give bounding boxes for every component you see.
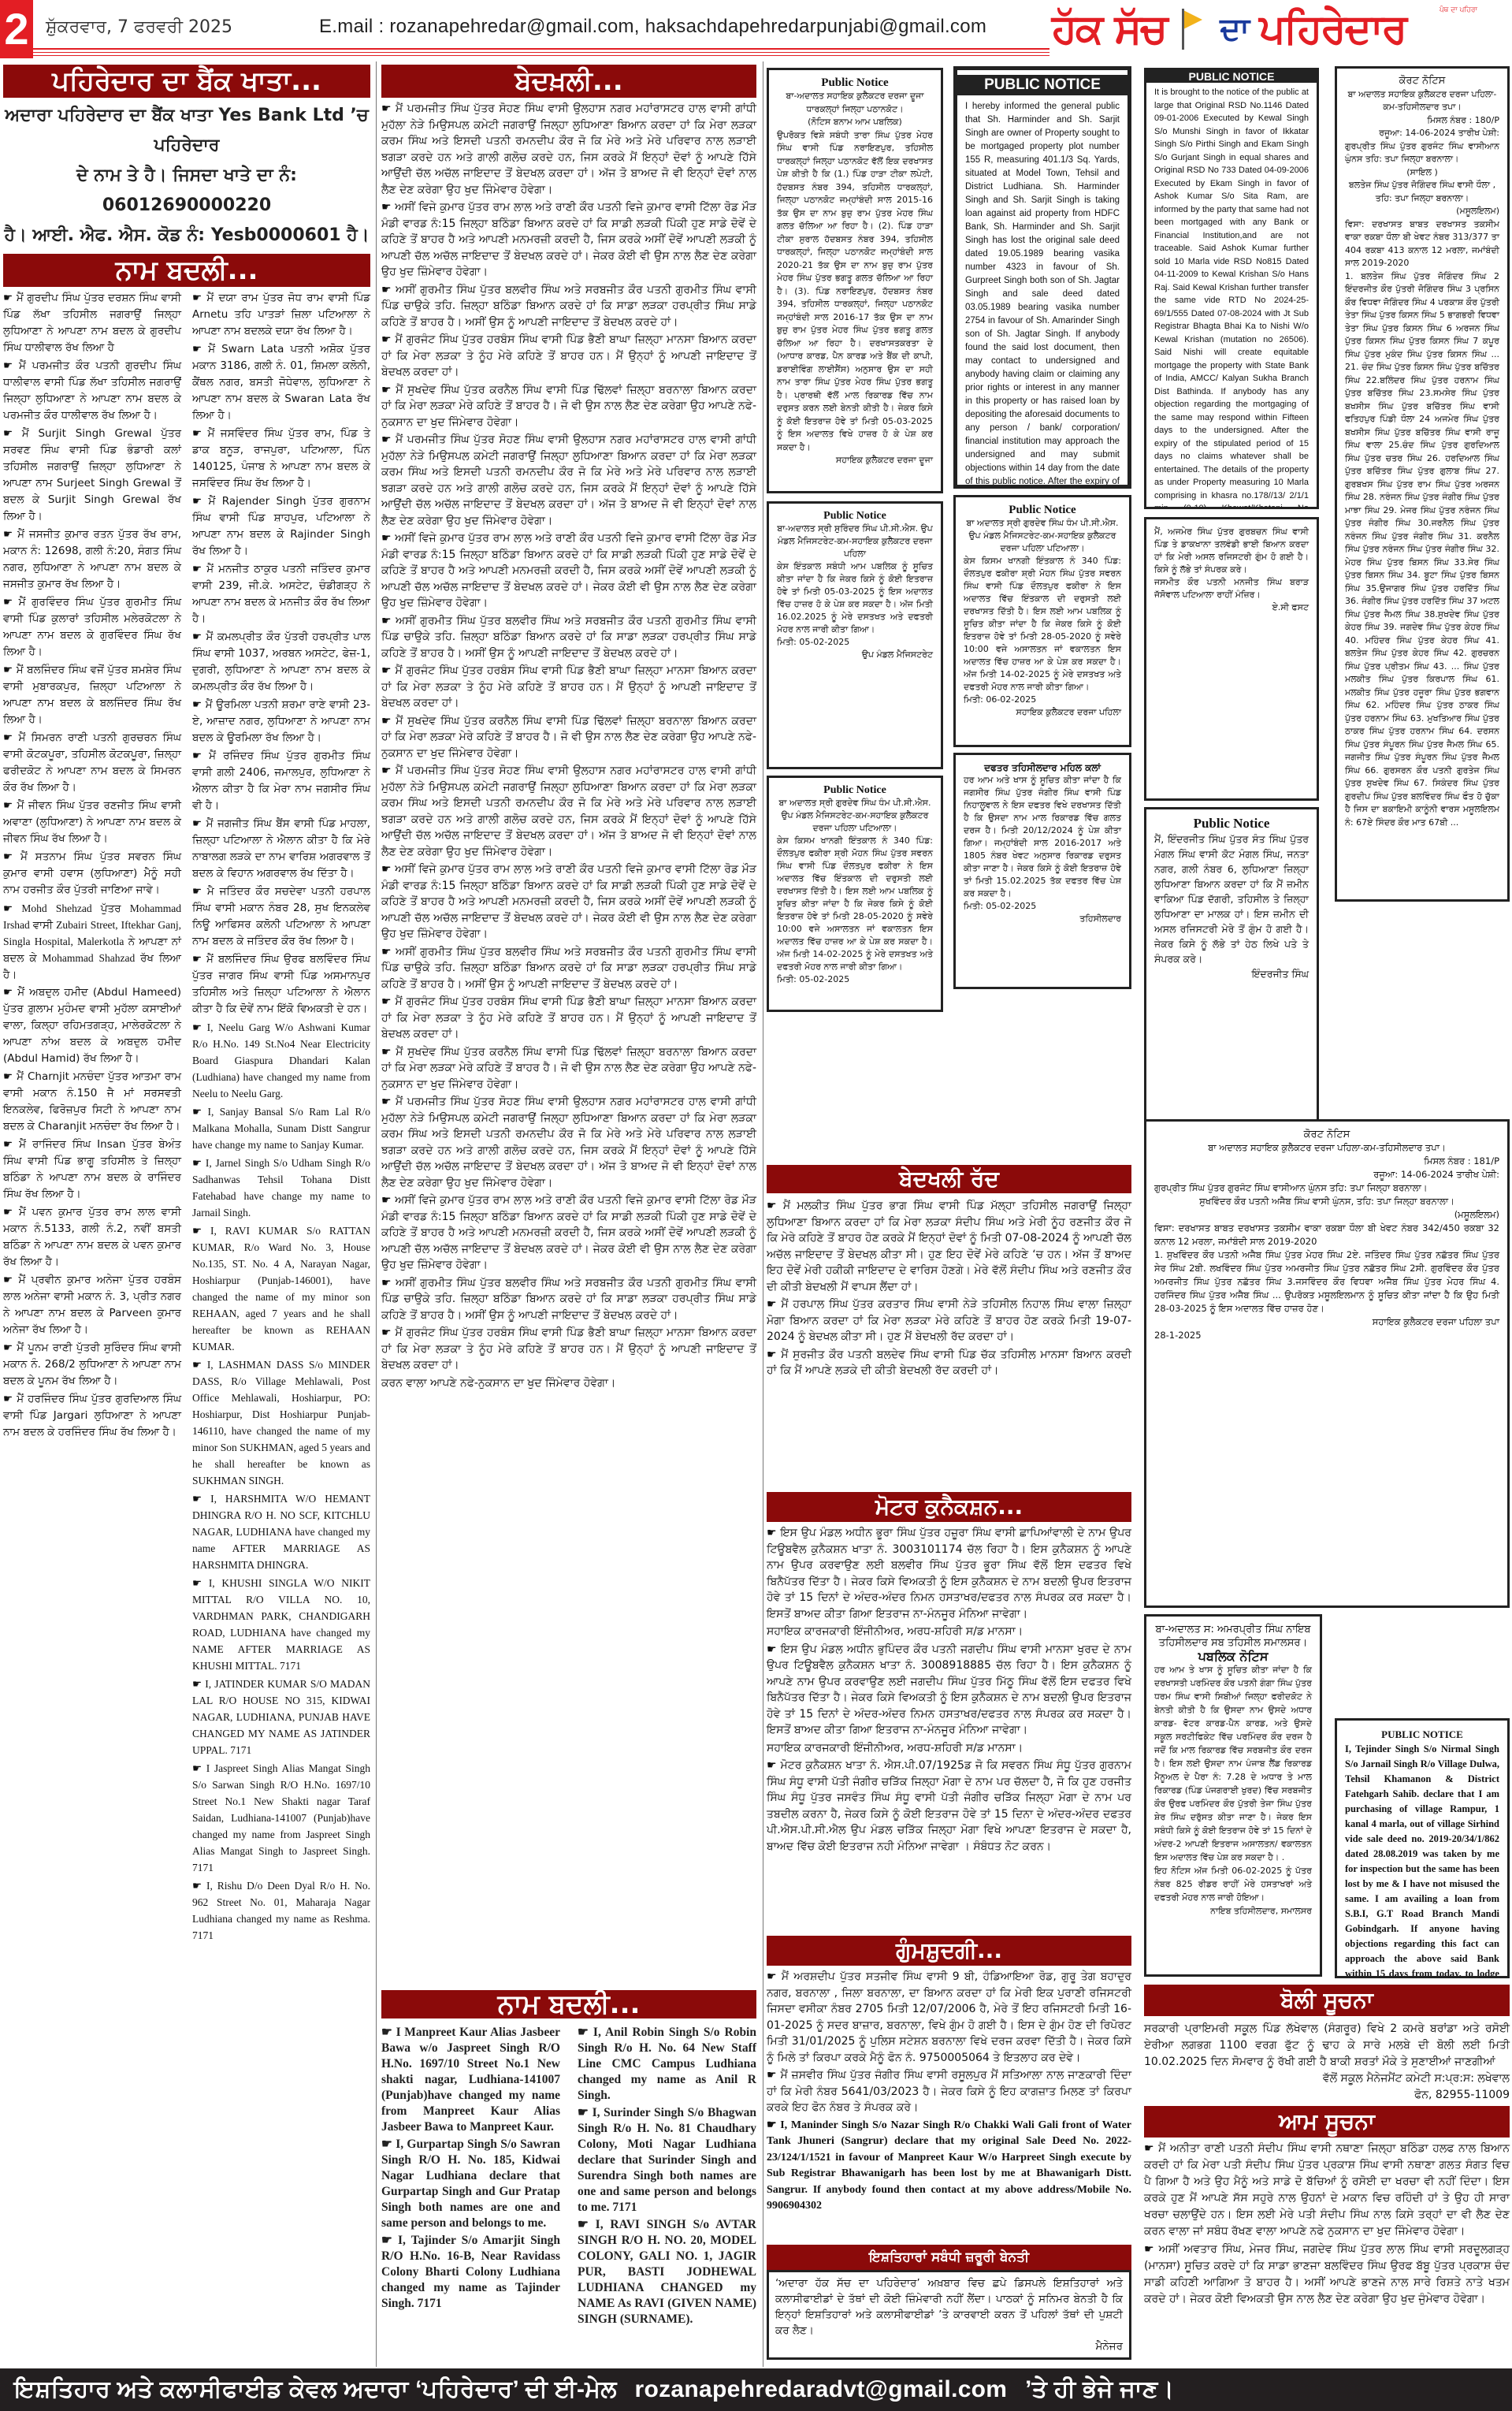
list-item: I, Rishu D/o Deen Dyal R/o H. No. 962 St… (192, 1877, 370, 1944)
notice-body: I, Tejinder Singh S/o Nirmal Singh S/o J… (1345, 1742, 1499, 1978)
notice-court: ਬਾ-ਅਦਾਲਤ ਸ੍ਰੀ ਸੁਰਿੰਦਰ ਸਿੰਘ ਪੀ.ਸੀ.ਐਸ. ਉਪ … (777, 523, 933, 560)
list-item: ਮੈਂ ਬਲਜਿੰਦਰ ਸਿੰਘ ਵਜੋਂ ਪੁੱਤਰ ਸ਼ਮਸ਼ੇਰ ਸਿੰਘ… (3, 662, 181, 728)
bank-account-info: ਅਦਾਰਾ ਪਹਿਰੇਦਾਰ ਦਾ ਬੈਂਕ ਖਾਤਾ Yes Bank Ltd… (3, 98, 370, 254)
auction-phone: ਫੋਨ, 82955-11009 (1144, 2087, 1510, 2104)
disclaimer-heading: ਇਸ਼ਤਿਹਾਰਾਂ ਸਬੰਧੀ ਜ਼ਰੂਰੀ ਬੇਨਤੀ (767, 2245, 1131, 2270)
header-rule (33, 46, 1049, 58)
list-item: ਮੈਂ ਰਜਿੰਦਰ ਸਿੰਘ ਪੁੱਤਰ ਗੁਰਮੀਤ ਸਿੰਘ ਵਾਸੀ ਗ… (192, 748, 370, 814)
notice-signature: ਉਪ ਮੰਡਲ ਮੈਜਿਸਟਰੇਟ (777, 649, 933, 661)
notice-respondent: ਸੁਖਵਿੰਦਰ ਕੌਰ ਪਤਨੀ ਅਜੈਬ ਸਿੰਘ ਵਾਸੀ ਘੁੰਨਸ, … (1154, 1195, 1499, 1208)
list-item: ਮੈਂ ਅਰਸ਼ਦੀਪ ਪੁੱਤਰ ਸਤਜੀਵ ਸਿੰਘ ਵਾਸੀ 9 ਬੀ, … (767, 1969, 1131, 2066)
notice-title: Public Notice (777, 784, 933, 797)
list-item: ਮੈਂ ਸੁਖਦੇਵ ਸਿੰਘ ਪੁੱਤਰ ਕਰਨੈਲ ਸਿੰਘ ਵਾਸੀ ਪਿ… (381, 713, 756, 762)
notice-role: (ਮਸੂਲਇਲਮ) (1154, 1208, 1499, 1222)
general-notice-section: ਆਮ ਸੂਚਨਾ ਮੈਂ ਅਨੀਤਾ ਰਾਣੀ ਪਤਨੀ ਸੰਦੀਪ ਸਿੰਘ … (1144, 2106, 1510, 2309)
notice-applicant: ਗੁਰਪ੍ਰੀਤ ਸਿੰਘ ਪੁੱਤਰ ਗੁਰਜੰਟ ਸਿੰਘ ਵਾਸੀਆਨ ਘ… (1345, 140, 1499, 166)
notice-party-list: 1. ਸੁਖਵਿੰਦਰ ਕੌਰ ਪਤਨੀ ਅਜੈਬ ਸਿੰਘ ਪੁੱਤਰ ਮੇਹ… (1154, 1248, 1499, 1315)
notice-subject: ਵਿਸਾ: ਦਰਖਾਸਤ ਬਾਬਤ ਦਰਖਾਸਤ ਤਕਸੀਮ ਵਾਕਾ ਰਕਬਾ… (1154, 1222, 1499, 1248)
list-item: ਮੋਟਰ ਕੁਨੈਕਸ਼ਨ ਖਾਤਾ ਨੰ. ਐਸ.ਪੀ.07/1925ਡ ਜੋ… (767, 1758, 1131, 1855)
list-item: ਮੈ ਜਤਿੰਦਰ ਕੌਰ ਸਚਦੇਵਾ ਪਤਨੀ ਹਰਪਾਲ ਸਿੰਘ ਵਾਸ… (192, 884, 370, 950)
notice-body: ਕੇਸ ਕਿਸਮ ਖਾਨਗੀ ਇੰਤਕਾਲ ਨੰ 340 ਪਿੰਡ: ਦੌਲਤਪ… (964, 555, 1121, 694)
page-number: 2 (0, 0, 33, 58)
public-notice-4: Public Notice ਬਾ-ਅਦਾਲਤ ਸ੍ਰੀ ਸੁਰਿੰਦਰ ਸਿੰਘ… (767, 501, 943, 769)
list-item: I, RAVI KUMAR S/o RATTAN KUMAR, R/o Ward… (192, 1222, 370, 1355)
list-item: ਮੈਂ ਸੁਖਦੇਵ ਸਿੰਘ ਪੁੱਤਰ ਕਰਨੈਲ ਸਿੰਘ ਵਾਸੀ ਪਿ… (381, 1044, 756, 1093)
notice-title: ਪਬਲਿਕ ਨੋਟਿਸ (1154, 1650, 1312, 1663)
auction-signature: ਵੱਲੋਂ ਸਕੂਲ ਮੈਨੇਜਮੈਂਟ ਕਮੇਟੀ ਸ:ਪ੍ਰ:ਸ: ਲਖੇਵ… (1144, 2071, 1510, 2087)
notice-title: Public Notice (777, 76, 933, 90)
notice-body: ਹਰ ਆਮ ਅਤੇ ਖਾਸ ਨੂੰ ਸੂਚਿਤ ਕੀਤਾ ਜਾਂਦਾ ਹੈ ਕਿ… (964, 774, 1121, 900)
notice-issue: ਇਹ ਨੋਟਿਸ ਅੱਜ ਮਿਤੀ 06-02-2025 ਨੂੰ ਪੱਤਰ ਨੰ… (1154, 1864, 1312, 1904)
list-item: ਇਸ ਉਪ ਮੰਡਲ ਅਧੀਨ ਭੁਪਿੰਦਰ ਕੌਰ ਪਤਨੀ ਜਗਦੀਪ ਸ… (767, 1642, 1131, 1739)
list-item: ਮੈਂ ਬਲਜਿੰਦਰ ਸਿੰਘ ਉਰਫ ਬਲਵਿੰਦਰ ਸਿੰਘ ਪੁੱਤਰ … (192, 951, 370, 1018)
english-name-change-right: I, Anil Robin Singh S/o Robin Singh R/o … (578, 2025, 756, 2329)
column-divider (376, 61, 377, 2367)
public-notice-indrajit: Public Notice ਮੈਂ, ਇੰਦਰਜੀਤ ਸਿੰਘ ਪੁੱਤਰ ਸੰ… (1144, 807, 1319, 1138)
list-item: ਮੈਂ ਪਰਮਜੀਤ ਸਿੰਘ ਪੁੱਤਰ ਸੋਹਣ ਸਿੰਘ ਵਾਸੀ ਉਲਹ… (381, 432, 756, 529)
notice-signature: ਏ.ਸੀ ਫਸਟ (1154, 601, 1309, 614)
notice-dates: ਰਜੂਆ: 14-06-2024 ਤਾਰੀਖ ਪੇਸ਼ੀ: (1154, 1168, 1499, 1181)
list-item: ਮੈਂ ਹਰਜਿੰਦਰ ਸਿੰਘ ਪੁੱਤਰ ਗੁਰਦਿਆਲ ਸਿੰਘ ਵਾਸੀ… (3, 1391, 181, 1441)
missing-section: ਗੁੰਮਸ਼ੁਦਗੀ... ਮੈਂ ਅਰਸ਼ਦੀਪ ਪੁੱਤਰ ਸਤਜੀਵ ਸਿ… (767, 1936, 1131, 2216)
list-item: ਮੈਂ ਅਨੀਤਾ ਰਾਣੀ ਪਤਨੀ ਸੰਦੀਪ ਸਿੰਘ ਵਾਸੀ ਨਥਾਣ… (1144, 2141, 1510, 2240)
notice-subtitle: (ਨੋਟਿਸ ਬਨਾਮ ਆਮ ਪਬਲਿਕ) (777, 116, 933, 129)
notice-role: (ਸਾਇਲ ) (1345, 166, 1499, 180)
signature: ਸਹਾਇਕ ਕਾਰਜਕਾਰੀ ਇੰਜੀਨੀਅਰ, ਅਰਧ-ਸ਼ਹਿਰੀ ਸ/ਡ … (767, 1740, 1131, 1757)
court-notice-tapa-2: ਕੋਰਟ ਨੋਟਿਸ ਬਾ ਅਦਾਲਤ ਸਹਾਇਕ ਕੁਲੈਕਟਰ ਦਰਜਾ ਪ… (1144, 1119, 1510, 1608)
notice-case-no: ਮਿਸਲ ਨੰਬਰ : 181/P (1154, 1155, 1499, 1168)
list-item: ਮੈਂ Charnjit ਮਨਚੰਦਾ ਪੁੱਤਰ ਆਤਮਾ ਰਾਮ ਵਾਸੀ … (3, 1069, 181, 1135)
list-item: I, Neelu Garg W/o Ashwani Kumar R/o H.No… (192, 1019, 370, 1102)
notice-body: ਉਪਰੋਕਤ ਵਿਸ਼ੇ ਸਬੰਧੀ ਤਾਰਾ ਸਿੰਘ ਪੁੱਤਰ ਮੇਹਰ … (777, 129, 933, 455)
notice-title: PUBLIC NOTICE (957, 70, 1127, 95)
list-item: I Jaspreet Singh Alias Mangat Singh S/o … (192, 1760, 370, 1876)
list-item: ਮੈਂ ਪਵਨ ਕੁਮਾਰ ਪੁੱਤਰ ਰਾਮ ਲਾਲ ਵਾਸੀ ਮਕਾਨ ਨੰ… (3, 1204, 181, 1271)
list-item: ਮੈਂ ਕਮਲਪ੍ਰੀਤ ਕੌਰ ਪੁੱਤਰੀ ਹਰਪ੍ਰੀਤ ਪਾਲ ਸਿੰਘ… (192, 629, 370, 695)
public-notice-5: Public Notice ਬਾ ਅਦਾਲਤ ਸ੍ਰੀ ਗੁਰਦੇਵ ਸਿੰਘ … (767, 776, 943, 1012)
notice-applicant: ਗੁਰਪ੍ਰੀਤ ਸਿੰਘ ਪੁੱਤਰ ਗੁਰਜੰਟ ਸਿੰਘ ਵਾਸੀਆਨ ਘ… (1154, 1181, 1499, 1195)
notice-party-list: 1. ਬਲਤੇਜ ਸਿੰਘ ਪੁੱਤਰ ਜੋਗਿੰਦਰ ਸਿੰਘ 2 ਇੰਦਰਜ… (1345, 270, 1499, 830)
general-notice-heading: ਆਮ ਸੂਚਨਾ (1144, 2106, 1510, 2138)
list-item: ਮੈਂ ਸਤਨਾਮ ਸਿੰਘ ਪੁੱਤਰ ਸਵਰਨ ਸਿੰਘ ਕੁਮਾਰ ਵਾਸ… (3, 849, 181, 899)
list-item: ਮੈਂ ਜਗਜੀਤ ਸਿੰਘ ਬੈਂਸ ਵਾਸੀ ਪਿੰਡ ਮਾਹਲਾ, ਜ਼ਿ… (192, 816, 370, 882)
contact-email[interactable]: E.mail : rozanapehredar@gmail.com, haksa… (319, 16, 986, 38)
list-item: ਅਸੀਂ ਗੁਰਮੀਤ ਸਿੰਘ ਪੁੱਤਰ ਬਲਵੀਰ ਸਿੰਘ ਅਤੇ ਸਰ… (381, 1275, 756, 1324)
list-item: I, KHUSHI SINGLA W/O NIKIT MITTAL R/O VI… (192, 1575, 370, 1674)
list-item: ਮੈਂ ਪਰਮਜੀਤ ਸਿੰਘ ਪੁੱਤਰ ਸੋਹਣ ਸਿੰਘ ਵਾਸੀ ਉਲਹ… (381, 101, 756, 198)
nishan-flag-icon (1177, 7, 1209, 51)
list-item: I Manpreet Kaur Alias Jasbeer Bawa w/o J… (381, 2025, 560, 2135)
public-notice-hdfc: PUBLIC NOTICE I hereby informed the gene… (953, 66, 1131, 489)
notice-court: ਬਾ ਅਦਾਲਤ ਸਹਾਇਕ ਕੁਲੈਕਟਰ ਦਰਜਾ ਪਹਿਲਾ-ਕਮ-ਤਹਿ… (1154, 1141, 1499, 1155)
list-item: ਮੈਂ ਗੁਰਜੰਟ ਸਿੰਘ ਪੁੱਤਰ ਹਰਬੰਸ ਸਿੰਘ ਵਾਸੀ ਪਿ… (381, 663, 756, 712)
revenue-notice: ਦਫਤਰ ਤਹਿਸੀਲਦਾਰ ਮਹਿਲ ਕਲਾਂ ਹਰ ਆਮ ਅਤੇ ਖਾਸ ਨ… (953, 753, 1131, 989)
english-name-change-heading: ਨਾਮ ਬਦਲੀ... (381, 1990, 756, 2018)
notice-body: ਕੇਸ ਕਿਸਮ ਖਾਨਗੀ ਇੰਤਕਾਲ ਨੰ 340 ਪਿੰਡ: ਦੌਲਤਪ… (777, 835, 933, 973)
notice-title: PUBLIC NOTICE (1345, 1727, 1499, 1742)
logo-text-2: ਦਾ (1220, 11, 1248, 47)
motor-connection-heading: ਮੋਟਰ ਕੁਨੈਕਸ਼ਨ... (767, 1492, 1131, 1522)
public-notice-patiala: Public Notice ਬਾ ਅਦਾਲਤ ਸ੍ਰੀ ਗੁਰਦੇਵ ਸਿੰਘ … (953, 495, 1131, 747)
list-item: ਮੈਂ Swarn Lata ਪਤਨੀ ਅਸ਼ੋਕ ਪੁੱਤਰ ਮਕਾਨ 318… (192, 341, 370, 424)
list-item: ਮੈਂ ਜਸਜੀਤ ਕੁਮਾਰ ਰਤਨ ਪੁੱਤਰ ਰੱਖ ਰਾਮ, ਮਕਾਨ … (3, 526, 181, 593)
list-item: ਮੈਂ ਪੂਨਮ ਰਾਣੀ ਪੁੱਤਰੀ ਸੁਰਿੰਦਰ ਸਿੰਘ ਵਾਸੀ ਮ… (3, 1340, 181, 1390)
motor-connection-section: ਮੋਟਰ ਕੁਨੈਕਸ਼ਨ... ਇਸ ਉਪ ਮੰਡਲ ਅਧੀਨ ਭੂਰਾ ਸਿ… (767, 1492, 1131, 1856)
notice-body: It is brought to the notice of the publi… (1154, 86, 1309, 509)
notice-signature: ਨਾਇਬ ਤਹਿਸੀਲਦਾਰ, ਸਮਾਲਸਰ (1154, 1904, 1312, 1918)
bank-line: ਹੈ। ਆਈ. ਐਫ. ਐਸ. ਕੋਡ ਨੰ: Yesb0000601 ਹੈ। (3, 221, 370, 251)
notice-signature: ਸਹਾਇਕ ਕੁਲੈਕਟਰ ਦਰਜਾ ਪਹਿਲਾ (964, 706, 1121, 719)
notice-signature: ਤਹਿਸੀਲਦਾਰ (964, 913, 1121, 925)
bank-line: ਦੇ ਨਾਮ ਤੇ ਹੈ। ਜਿਸਦਾ ਖਾਤੇ ਦਾ ਨੰ: 06012690… (3, 161, 370, 221)
notice-body: ਹਰ ਆਮ ਤੇ ਖਾਸ ਨੂੰ ਸੂਚਿਤ ਕੀਤਾ ਜਾਂਦਾ ਹੈ ਕਿ … (1154, 1663, 1312, 1864)
list-item: ਇਸ ਉਪ ਮੰਡਲ ਅਧੀਨ ਭੂਰਾ ਸਿੰਘ ਪੁੱਤਰ ਹਜ਼ੂਰਾ ਸ… (767, 1525, 1131, 1622)
notice-date: ਮਿਤੀ: 05-02-2025 (964, 900, 1121, 913)
court-notice-tapa: ਕੋਰਟ ਨੋਟਿਸ ਬਾ ਅਦਾਲਤ ਸਹਾਇਕ ਕੁਲੈਕਟਰ ਦਰਜਾ ਪ… (1335, 66, 1510, 902)
list-item: ਮੈਂ ਸੁਰਜੀਤ ਕੌਰ ਪਤਨੀ ਬਲਦੇਵ ਸਿੰਘ ਵਾਸੀ ਪਿੰਡ… (767, 1347, 1131, 1379)
name-change-heading: ਨਾਮ ਬਦਲੀ... (3, 254, 370, 287)
list-item: ਮੈਂ ਪਰਮਜੀਤ ਸਿੰਘ ਪੁੱਤਰ ਸੋਹਣ ਸਿੰਘ ਵਾਸੀ ਉਲਹ… (381, 1094, 756, 1191)
missing-list: ਮੈਂ ਅਰਸ਼ਦੀਪ ਪੁੱਤਰ ਸਤਜੀਵ ਸਿੰਘ ਵਾਸੀ 9 ਬੀ, … (767, 1969, 1131, 2215)
auction-section: ਬੋਲੀ ਸੂਚਨਾ ਸਰਕਾਰੀ ਪ੍ਰਾਇਮਰੀ ਸਕੂਲ ਪਿੰਡ ਲੱਖ… (1144, 1985, 1510, 2104)
notice-title: Public Notice (1154, 816, 1309, 832)
notice-case-no: ਮਿਸਲ ਨੰਬਰ : 180/P (1345, 114, 1499, 128)
list-item: ਮੈਂ ਊਰਮਿਲਾ ਪਤਨੀ ਸ਼ਰਮਾ ਰਾਣੇ ਵਾਸੀ 23-ਏ, ਆਜ… (192, 697, 370, 746)
eviction-closing: ਕਰਨ ਵਾਲਾ ਆਪਣੇ ਨਫੇ-ਨੁਕਸਾਨ ਦਾ ਖੁਦ ਜਿੰਮੇਵਾਰ… (381, 1375, 756, 1392)
logo-text-1: ਹੱਕ ਸੱਚ (1052, 6, 1166, 54)
public-notice-sbi: PUBLIC NOTICE I, Tejinder Singh S/o Nirm… (1335, 1718, 1510, 1978)
notice-body: I hereby informed the general public tha… (965, 100, 1120, 489)
logo-tagline: ਪੰਥ ਦਾ ਪਹਿਰਾ (1440, 6, 1477, 14)
list-item: I, Anil Robin Singh S/o Robin Singh R/o … (578, 2025, 756, 2104)
list-item: ਮੈਂ Rajender Singh ਪੁੱਤਰ ਗੁਰਨਾਮ ਸਿੰਘ ਵਾਸ… (192, 493, 370, 560)
list-item: ਮੈਂ ਮਨਜੀਤ ਠਾਕੁਰ ਪਤਨੀ ਜਤਿੰਦਰ ਕੁਮਾਰ ਵਾਸੀ 2… (192, 561, 370, 627)
disclaimer-signature: ਮੈਨੇਜਰ (775, 2338, 1123, 2354)
notice-signature: ਸਹਾਇਕ ਕੁਲੈਕਟਰ ਦਰਜਾ ਪਹਿਲਾ ਤਪਾ (1154, 1315, 1499, 1329)
notice-date: ਮਿਤੀ: 05-02-2025 (777, 973, 933, 986)
notice-court: ਬਾ ਅਦਾਲਤ ਸ੍ਰੀ ਗੁਰਦੇਵ ਸਿੰਘ ਧੰਮ ਪੀ.ਸੀ.ਐਸ. … (964, 517, 1121, 555)
list-item: I, Tajinder S/o Amarjit Singh R/O H.No. … (381, 2233, 560, 2312)
list-item: ਅਸੀਂ ਗੁਰਮੀਤ ਸਿੰਘ ਪੁੱਤਰ ਬਲਵੀਰ ਸਿੰਘ ਅਤੇ ਸਰ… (381, 613, 756, 662)
name-change-column-left: ਮੈਂ ਗੁਰਦੀਪ ਸਿੰਘ ਪੁੱਤਰ ਦਰਸ਼ਨ ਸਿੰਘ ਵਾਸੀ ਪਿ… (3, 290, 181, 1945)
logo-text-3: ਪਹਿਰੇਦਾਰ (1259, 6, 1406, 54)
list-item: I, LASHMAN DASS S/o MINDER DASS, R/o Vil… (192, 1356, 370, 1489)
notice-title: ਦਫਤਰ ਤਹਿਸੀਲਦਾਰ ਮਹਿਲ ਕਲਾਂ (964, 761, 1121, 774)
list-item: ਮੈਂ ਹਰਪਾਲ ਸਿੰਘ ਪੁੱਤਰ ਕਰਤਾਰ ਸਿੰਘ ਵਾਸੀ ਨੇੜ… (767, 1297, 1131, 1345)
list-item: ਮੈਂ ਜ਼ਸਵੀਰ ਸਿੰਘ ਪੁੱਤਰ ਜੰਗੀਰ ਸਿੰਘ ਵਾਸੀ ਰਸ… (767, 2067, 1131, 2116)
disclaimer-body: ‘ਅਦਾਰਾ ਹੱਕ ਸੱਚ ਦਾ ਪਹਿਰੇਦਾਰ’ ਅਖ਼ਬਾਰ ਵਿਚ ਛ… (775, 2277, 1123, 2337)
eviction-cancel-list: ਮੈਂ ਮਲਕੀਤ ਸਿੰਘ ਪੁੱਤਰ ਭਾਗ ਸਿੰਘ ਵਾਸੀ ਪਿੰਡ … (767, 1198, 1131, 1379)
notice-date: ਮਿਤੀ: 05-02-2025 (777, 636, 933, 649)
bank-heading: ਪਹਿਰੇਦਾਰ ਦਾ ਬੈਂਕ ਖਾਤਾ... (3, 65, 370, 98)
notice-signature: ਸਹਾਇਕ ਕੁਲੈਕਟਰ ਦਰਜਾ ਦੂਜਾ (777, 454, 933, 467)
notice-court: ਬਾ-ਅਦਾਲਤ ਸਹਾਇਕ ਕੁਲੈਕਟਰ ਦਰਜਾ ਦੂਜਾ ਧਾਰਕਲ੍ਹ… (777, 90, 933, 116)
masthead: 2 ਸ਼ੁੱਕਰਵਾਰ, 7 ਫਰਵਰੀ 2025 E.mail : rozan… (0, 0, 1512, 61)
column-divider (763, 61, 763, 2367)
disclaimer-section: ਇਸ਼ਤਿਹਾਰਾਂ ਸਬੰਧੀ ਜ਼ਰੂਰੀ ਬੇਨਤੀ ‘ਅਦਾਰਾ ਹੱਕ… (767, 2245, 1131, 2360)
english-name-change-section: ਨਾਮ ਬਦਲੀ... I Manpreet Kaur Alias Jasbee… (381, 1990, 756, 2329)
list-item: ਮੈਂ ਪਰਮਜੀਤ ਸਿੰਘ ਪੁੱਤਰ ਸੋਹਣ ਸਿੰਘ ਵਾਸੀ ਉਲਹ… (381, 763, 756, 860)
notice-title: Public Notice (964, 504, 1121, 517)
name-change-list: ਮੈਂ ਗੁਰਦੀਪ ਸਿੰਘ ਪੁੱਤਰ ਦਰਸ਼ਨ ਸਿੰਘ ਵਾਸੀ ਪਿ… (3, 290, 370, 1945)
notice-subject: ਵਿਸਾ: ਦਰਖਾਸਤ ਬਾਬਤ ਦਰਖਾਸਤ ਤਕਸੀਮ ਵਾਕਾ ਰਕਬਾ… (1345, 218, 1499, 270)
notice-court: ਬਾ-ਅਦਾਲਤ ਸ: ਅਮਰਪ੍ਰੀਤ ਸਿੰਘ ਨਾਇਬ ਤਹਿਸੀਲਦਾਰ… (1154, 1623, 1312, 1650)
missing-heading: ਗੁੰਮਸ਼ੁਦਗੀ... (767, 1936, 1131, 1966)
notice-court: ਬਾ ਅਦਾਲਤ ਸ੍ਰੀ ਗੁਰਦੇਵ ਸਿੰਘ ਧੰਮ ਪੀ.ਸੀ.ਐਸ. … (777, 797, 933, 835)
list-item: ਅਸੀਂ ਵਿਜੇ ਕੁਮਾਰ ਪੁੱਤਰ ਰਾਮ ਲਾਲ ਅਤੇ ਰਾਣੀ ਕ… (381, 199, 756, 281)
list-item: ਮੈਂ ਅਬਦੁਲ ਹਮੀਦ (Abdul Hameed) ਪੁੱਤਰ ਗ਼ੁਲ… (3, 984, 181, 1067)
auction-body: ਸਰਕਾਰੀ ਪ੍ਰਾਇਮਰੀ ਸਕੂਲ ਪਿੰਡ ਲੱਖੇਵਾਲ (ਸੰਗਰੂ… (1144, 2021, 1510, 2071)
notice-dates: ਰਜੂਆ: 14-06-2024 ਤਾਰੀਖ ਪੇਸ਼ੀ: (1345, 127, 1499, 140)
list-item: I, JATINDER KUMAR S/O MADAN LAL R/O HOUS… (192, 1676, 370, 1758)
eviction-list: ਮੈਂ ਪਰਮਜੀਤ ਸਿੰਘ ਪੁੱਤਰ ਸੋਹਣ ਸਿੰਘ ਵਾਸੀ ਉਲਹ… (381, 101, 756, 1391)
list-item: ਅਸੀਂ ਅਵਤਾਰ ਸਿੰਘ, ਮੇਜਰ ਸਿੰਘ, ਜਗਦੇਵ ਸਿੰਘ ਪ… (1144, 2242, 1510, 2308)
notice-date: 28-1-2025 (1154, 1329, 1499, 1342)
list-item: ਮੈਂ ਜੀਵਨ ਸਿੰਘ ਪੁੱਤਰ ਰਣਜੀਤ ਸਿੰਘ ਵਾਸੀ ਅਵਾਣ… (3, 798, 181, 847)
notice-role: (ਮਸੂਲਇਲਮ) (1345, 205, 1499, 218)
list-item: ਮੈਂ ਰਾਜਿੰਦਰ ਸਿੰਘ Insan ਪੁੱਤਰ ਬੇਅੰਤ ਸਿੰਘ … (3, 1137, 181, 1203)
list-item: ਅਸੀਂ ਵਿਜੇ ਕੁਮਾਰ ਪੁੱਤਰ ਰਾਮ ਲਾਲ ਅਤੇ ਰਾਣੀ ਕ… (381, 861, 756, 943)
notice-respondent: ਬਲਤੇਜ ਸਿੰਘ ਪੁੱਤਰ ਜੋਗਿੰਦਰ ਸਿੰਘ ਵਾਸੀ ਧੌਲਾ … (1345, 179, 1499, 205)
list-item: ਮੈਂ ਗੁਰਵਿੰਦਰ ਸਿੰਘ ਪੁੱਤਰ ਗੁਰਮੀਤ ਸਿੰਘ ਵਾਸੀ… (3, 594, 181, 660)
english-name-change-list: I Manpreet Kaur Alias Jasbeer Bawa w/o J… (381, 2025, 756, 2329)
list-item: ਅਸੀਂ ਗੁਰਮੀਤ ਸਿੰਘ ਪੁੱਤਰ ਬਲਵੀਰ ਸਿੰਘ ਅਤੇ ਸਰ… (381, 944, 756, 993)
public-notice-bathinda: PUBLIC NOTICE It is brought to the notic… (1144, 68, 1319, 509)
list-item: I, RAVI SINGH S/o AVTAR SINGH R/O H. NO.… (578, 2217, 756, 2327)
public-notice-pathankot: Public Notice ਬਾ-ਅਦਾਲਤ ਸਹਾਇਕ ਕੁਲੈਕਟਰ ਦਰਜ… (767, 68, 943, 493)
footer-suffix: ’ਤੇ ਹੀ ਭੇਜੇ ਜਾਣ। (1025, 2376, 1174, 2402)
list-item: ਮੈਂ ਗੁਰਜੰਟ ਸਿੰਘ ਪੁੱਤਰ ਹਰਬੰਸ ਸਿੰਘ ਵਾਸੀ ਪਿ… (381, 332, 756, 381)
public-notice-samalsar: ਬਾ-ਅਦਾਲਤ ਸ: ਅਮਰਪ੍ਰੀਤ ਸਿੰਘ ਨਾਇਬ ਤਹਿਸੀਲਦਾਰ… (1144, 1614, 1322, 1977)
list-item: ਅਸੀਂ ਗੁਰਮੀਤ ਸਿੰਘ ਪੁੱਤਰ ਬਲਵੀਰ ਸਿੰਘ ਅਤੇ ਸਰ… (381, 282, 756, 331)
list-item: ਮੈਂ ਜਸਵਿੰਦਰ ਸਿੰਘ ਪੁੱਤਰ ਰਾਮ, ਪਿੰਡ ਤੇ ਡਾਕ … (192, 426, 370, 492)
list-item: ਮੈਂ Surjit Singh Grewal ਪੁੱਤਰ ਸਰਵਣ ਸਿੰਘ … (3, 426, 181, 525)
list-item: ਮੈਂ ਪ੍ਰਵੀਨ ਕੁਮਾਰ ਅਨੇਜਾ ਪੁੱਤਰ ਹਰਬੰਸ ਲਾਲ ਅ… (3, 1272, 181, 1338)
newspaper-logo: ਹੱਕ ਸੱਚ ਦਾ ਪਹਿਰੇਦਾਰ ਪੰਥ ਦਾ ਪਹਿਰਾ (1052, 2, 1509, 57)
auction-heading: ਬੋਲੀ ਸੂਚਨਾ (1144, 1985, 1510, 2016)
name-change-column-right: ਮੈਂ ਦਯਾ ਰਾਮ ਪੁੱਤਰ ਜੋਧ ਰਾਮ ਵਾਸੀ ਪਿੰਡ Arne… (192, 290, 370, 1945)
footer-text: ਇਸ਼ਤਿਹਾਰ ਅਤੇ ਕਲਾਸੀਫਾਈਡ ਕੇਵਲ ਅਦਾਰਾ ‘ਪਹਿਰੇ… (14, 2376, 617, 2402)
footer-banner: ਇਸ਼ਤਿਹਾਰ ਅਤੇ ਕਲਾਸੀਫਾਈਡ ਕੇਵਲ ਅਦਾਰਾ ‘ਪਹਿਰੇ… (0, 2368, 1512, 2411)
disclaimer-box: ‘ਅਦਾਰਾ ਹੱਕ ਸੱਚ ਦਾ ਪਹਿਰੇਦਾਰ’ ਅਖ਼ਬਾਰ ਵਿਚ ਛ… (767, 2270, 1131, 2360)
list-item: ਮੈਂ ਗੁਰਜੰਟ ਸਿੰਘ ਪੁੱਤਰ ਹਰਬੰਸ ਸਿੰਘ ਵਾਸੀ ਪਿ… (381, 994, 756, 1043)
general-notice-list: ਮੈਂ ਅਨੀਤਾ ਰਾਣੀ ਪਤਨੀ ਸੰਦੀਪ ਸਿੰਘ ਵਾਸੀ ਨਥਾਣ… (1144, 2141, 1510, 2308)
notice-signature: ਇੰਦਰਜੀਤ ਸਿੰਘ (1154, 966, 1309, 981)
eviction-cancel-section: ਬੇਦਖਲੀ ਰੱਦ ਮੈਂ ਮਲਕੀਤ ਸਿੰਘ ਪੁੱਤਰ ਭਾਗ ਸਿੰਘ… (767, 1165, 1131, 1381)
list-item: ਮੈਂ ਮਲਕੀਤ ਸਿੰਘ ਪੁੱਤਰ ਭਾਗ ਸਿੰਘ ਵਾਸੀ ਪਿੰਡ … (767, 1198, 1131, 1295)
list-item: ਮੈਂ ਪਰਮਜੀਤ ਕੌਰ ਪਤਨੀ ਗੁਰਦੀਪ ਸਿੰਘ ਧਾਲੀਵਾਲ … (3, 358, 181, 424)
column-left: ਪਹਿਰੇਦਾਰ ਦਾ ਬੈਂਕ ਖਾਤਾ... ਅਦਾਰਾ ਪਹਿਰੇਦਾਰ … (3, 61, 370, 1945)
list-item: I, Jarnel Singh S/o Udham Singh R/o Sadh… (192, 1155, 370, 1221)
notice-date: ਮਿਤੀ: 06-02-2025 (964, 694, 1121, 706)
notice-title: PUBLIC NOTICE (1146, 70, 1317, 83)
list-item: ਮੈਂ ਸਿਮਰਨ ਰਾਣੀ ਪਤਨੀ ਗੁਰਚਰਨ ਸਿੰਘ ਵਾਸੀ ਕੋਟ… (3, 730, 181, 796)
signature: ਸਹਾਇਕ ਕਾਰਜਕਾਰੀ ਇੰਜੀਨੀਅਰ, ਅਰਧ-ਸ਼ਹਿਰੀ ਸ/ਡ … (767, 1624, 1131, 1640)
notice-ajmer: ਮੈਂ, ਅਜਮੇਰ ਸਿੰਘ ਪੁੱਤਰ ਗੁਰਬਚਨ ਸਿੰਘ ਵਾਸੀ ਪ… (1144, 517, 1319, 801)
notice-title: Public Notice (777, 510, 933, 523)
list-item: ਮੈਂ ਗੁਰਜੰਟ ਸਿੰਘ ਪੁੱਤਰ ਹਰਬੰਸ ਸਿੰਘ ਵਾਸੀ ਪਿ… (381, 1325, 756, 1374)
english-name-change-left: I Manpreet Kaur Alias Jasbeer Bawa w/o J… (381, 2025, 560, 2329)
footer-email[interactable]: rozanapehredaradvt@gmail.com (635, 2376, 1008, 2402)
list-item: I, Maninder Singh S/o Nazar Singh R/o Ch… (767, 2118, 1131, 2215)
notice-body: ਮੈਂ, ਇੰਦਰਜੀਤ ਸਿੰਘ ਪੁੱਤਰ ਸੰਤ ਸਿੰਘ ਪੁੱਤਰ ਮ… (1154, 832, 1309, 966)
column-middle: ਬੇਦਖ਼ਲੀ... ਮੈਂ ਪਰਮਜੀਤ ਸਿੰਘ ਪੁੱਤਰ ਸੋਹਣ ਸਿ… (381, 61, 756, 1393)
list-item: ਮੈਂ ਸੁਖਦੇਵ ਸਿੰਘ ਪੁੱਤਰ ਕਰਨੈਲ ਸਿੰਘ ਵਾਸੀ ਪਿ… (381, 382, 756, 431)
list-item: I, HARSHMITA W/O HEMANT DHINGRA R/O H. N… (192, 1490, 370, 1573)
notice-court: ਬਾ ਅਦਾਲਤ ਸਹਾਇਕ ਕੁਲੈਕਟਰ ਦਰਜਾ ਪਹਿਲਾ-ਕਮ-ਤਹਿ… (1345, 88, 1499, 114)
eviction-heading: ਬੇਦਖ਼ਲੀ... (381, 65, 756, 98)
list-item: I, Gurpartap Singh S/o Sawran Singh R/O … (381, 2137, 560, 2231)
list-item: ਮੈਂ ਗੁਰਦੀਪ ਸਿੰਘ ਪੁੱਤਰ ਦਰਸ਼ਨ ਸਿੰਘ ਵਾਸੀ ਪਿ… (3, 290, 181, 356)
list-item: ਮੈਂ ਦਯਾ ਰਾਮ ਪੁੱਤਰ ਜੋਧ ਰਾਮ ਵਾਸੀ ਪਿੰਡ Arne… (192, 290, 370, 340)
notice-title: ਕੋਰਟ ਨੋਟਿਸ (1345, 75, 1499, 88)
eviction-cancel-heading: ਬੇਦਖਲੀ ਰੱਦ (767, 1165, 1131, 1193)
motor-connection-list: ਇਸ ਉਪ ਮੰਡਲ ਅਧੀਨ ਭੂਰਾ ਸਿੰਘ ਪੁੱਤਰ ਹਜ਼ੂਰਾ ਸ… (767, 1525, 1131, 1855)
notice-body: ਕੇਸ ਇੰਤਕਾਲ ਸਬੰਧੀ ਆਮ ਪਬਲਿਕ ਨੂੰ ਸੂਚਿਤ ਕੀਤਾ… (777, 560, 933, 636)
notice-body: ਮੈਂ, ਅਜਮੇਰ ਸਿੰਘ ਪੁੱਤਰ ਗੁਰਬਚਨ ਸਿੰਘ ਵਾਸੀ ਪ… (1154, 526, 1309, 576)
notice-title: ਕੋਰਟ ਨੋਟਿਸ (1154, 1128, 1499, 1141)
list-item: ਅਸੀਂ ਵਿਜੇ ਕੁਮਾਰ ਪੁੱਤਰ ਰਾਮ ਲਾਲ ਅਤੇ ਰਾਣੀ ਕ… (381, 530, 756, 612)
list-item: Mohd Shehzad ਪੁੱਤਰ Mohammad Irshad ਵਾਸੀ … (3, 900, 181, 983)
notice-body: ਜਸਮੀਤ ਕੌਰ ਪਤਨੀ ਮਨਜੀਤ ਸਿੰਘ ਬਰਾੜ ਜੱਸੋਵਾਲ ਪ… (1154, 576, 1309, 601)
issue-date: ਸ਼ੁੱਕਰਵਾਰ, 7 ਫਰਵਰੀ 2025 (46, 17, 232, 37)
list-item: I, Sanjay Bansal S/o Ram Lal R/o Malkana… (192, 1103, 370, 1153)
list-item: I, Surinder Singh S/o Bhagwan Singh R/o … (578, 2105, 756, 2216)
list-item: ਅਸੀਂ ਵਿਜੇ ਕੁਮਾਰ ਪੁੱਤਰ ਰਾਮ ਲਾਲ ਅਤੇ ਰਾਣੀ ਕ… (381, 1192, 756, 1274)
bank-line: ਅਦਾਰਾ ਪਹਿਰੇਦਾਰ ਦਾ ਬੈਂਕ ਖਾਤਾ Yes Bank Ltd… (3, 101, 370, 161)
